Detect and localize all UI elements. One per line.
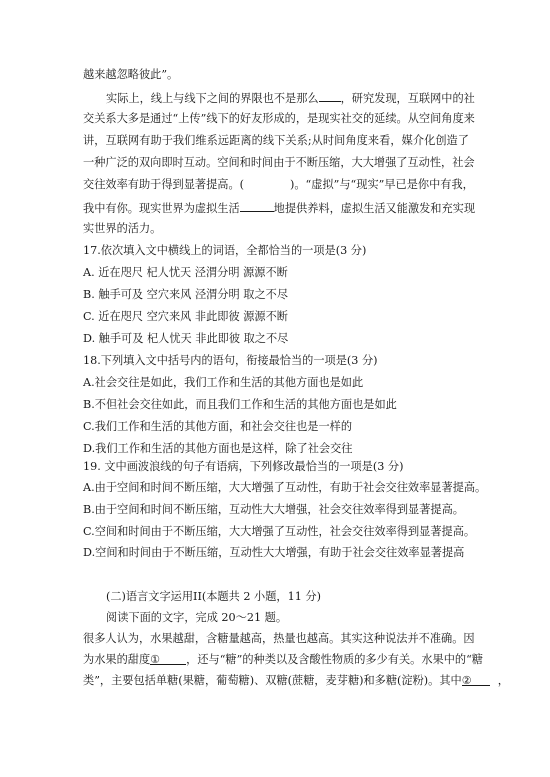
question-19-option-a: A.由于空间和时间不断压缩，大大增强了互动性，有助于社会交往效率显著提高。 <box>83 480 469 496</box>
question-19-option-d: D.空间和时间由于不断压缩，互动性大大增强，有助于社会交往效率显著提高 <box>83 545 469 561</box>
fill-blank-2: ② <box>462 673 490 686</box>
passage-line: 为水果的甜度①，还与“糖”的种类以及含酸性物质的多少有关。水果中的“糖 <box>83 652 469 668</box>
passage-line: 实世界的活力。 <box>83 221 469 237</box>
passage-line: 交关系大多是通过“上传”线下的好友形成的，是现实社交的延续。从空间角度来 <box>83 111 469 127</box>
passage-line: 讲，互联网有助于我们维系远距离的线下关系;从时间角度来看，媒介化创造了 <box>83 133 469 149</box>
question-17-option-a: A. 近在咫尺 杞人忧天 泾渭分明 源源不断 <box>83 265 469 281</box>
question-19-option-c: C.空间和时间由于不断压缩，大大增强了互动性，社会交往效率得到显著提高。 <box>83 524 469 540</box>
passage-text: 为水果的甜度 <box>83 653 150 666</box>
question-17-option-c: C. 近在咫尺 空穴来风 非此即彼 源源不断 <box>83 309 469 325</box>
passage-line: 我中有你。现实世界为虚拟生活地提供养料，虚拟生活又能激发和充实现 <box>83 199 469 215</box>
passage-line: 一种广泛的双向即时互动。空间和时间由于不断压缩，大大增强了互动性，社会 <box>83 155 469 171</box>
passage-line: 交往效率有助于得到显著提高。()。“虚拟”与“现实”早已是你中有我， <box>83 177 469 193</box>
question-18-option-a: A.社会交往是如此，我们工作和生活的其他方面也是如此 <box>83 375 469 391</box>
question-18-stem: 18.下列填入文中括号内的语句，衔接最恰当的一项是(3 分) <box>83 353 469 369</box>
passage-text: 类”，主要包括单糖(果糖，葡萄糖)、双糖(蔗糖，麦芽糖)和多糖(淀粉)。其中 <box>83 674 462 687</box>
exam-page: 越来越忽略彼此”。 实际上，线上与线下之间的界限也不是那么，研究发现，互联网中的… <box>0 0 550 777</box>
passage-text: ，研究发现，互联网中的社 <box>341 92 475 105</box>
passage-line: 很多人认为，水果越甜，含糖量越高，热量也越高。其实这种说法并不准确。因 <box>83 631 469 647</box>
passage-text: 交往效率有助于得到显著提高。( <box>83 178 244 191</box>
question-17-option-d: D. 触手可及 杞人忧天 非此即彼 取之不尽 <box>83 331 469 347</box>
fill-blank <box>319 89 341 102</box>
passage-text: 地提供养料，虚拟生活又能激发和充实现 <box>274 202 475 215</box>
passage-text: 我中有你。现实世界为虚拟生活 <box>83 202 240 215</box>
passage-line: 类”，主要包括单糖(果糖，葡萄糖)、双糖(蔗糖，麦芽糖)和多糖(淀粉)。其中②， <box>83 673 469 689</box>
passage-text: ， <box>498 674 509 687</box>
blank-number: ② <box>462 674 472 687</box>
blank-number: ① <box>150 653 160 666</box>
question-18-option-c: C.我们工作和生活的其他方面，和社会交往也是一样的 <box>83 419 469 435</box>
fill-blank-1: ① <box>150 652 186 665</box>
passage-text: ，还与“糖”的种类以及含酸性物质的多少有关。水果中的“糖 <box>186 653 483 666</box>
question-19-stem: 19. 文中画波浪线的句子有语病，下列修改最恰当的一项是(3 分) <box>83 459 469 475</box>
passage-text: 实际上，线上与线下之间的界限也不是那么 <box>106 92 319 105</box>
passage-text: )。“虚拟”与“现实”早已是你中有我， <box>290 178 474 191</box>
question-19-option-b: B.由于空间和时间不断压缩，互动性大大增强，社会交往效率得到显著提高。 <box>83 502 469 518</box>
section-heading: (二)语言文字运用II(本题共 2 小题，11 分) <box>106 589 469 605</box>
fill-blank <box>240 199 274 212</box>
passage-line: 越来越忽略彼此”。 <box>83 67 469 83</box>
question-18-option-b: B.不但社会交往如此，而且我们工作和生活的其他方面也是如此 <box>83 397 469 413</box>
question-17-stem: 17.依次填入文中横线上的词语，全都恰当的一项是(3 分) <box>83 243 469 259</box>
question-17-option-b: B. 触手可及 空穴来风 泾渭分明 取之不尽 <box>83 287 469 303</box>
question-18-option-d: D.我们工作和生活的其他方面也是这样，除了社会交往 <box>83 441 469 457</box>
section-instruction: 阅读下面的文字，完成 20～21 题。 <box>106 610 469 626</box>
passage-line: 实际上，线上与线下之间的界限也不是那么，研究发现，互联网中的社 <box>106 89 469 105</box>
